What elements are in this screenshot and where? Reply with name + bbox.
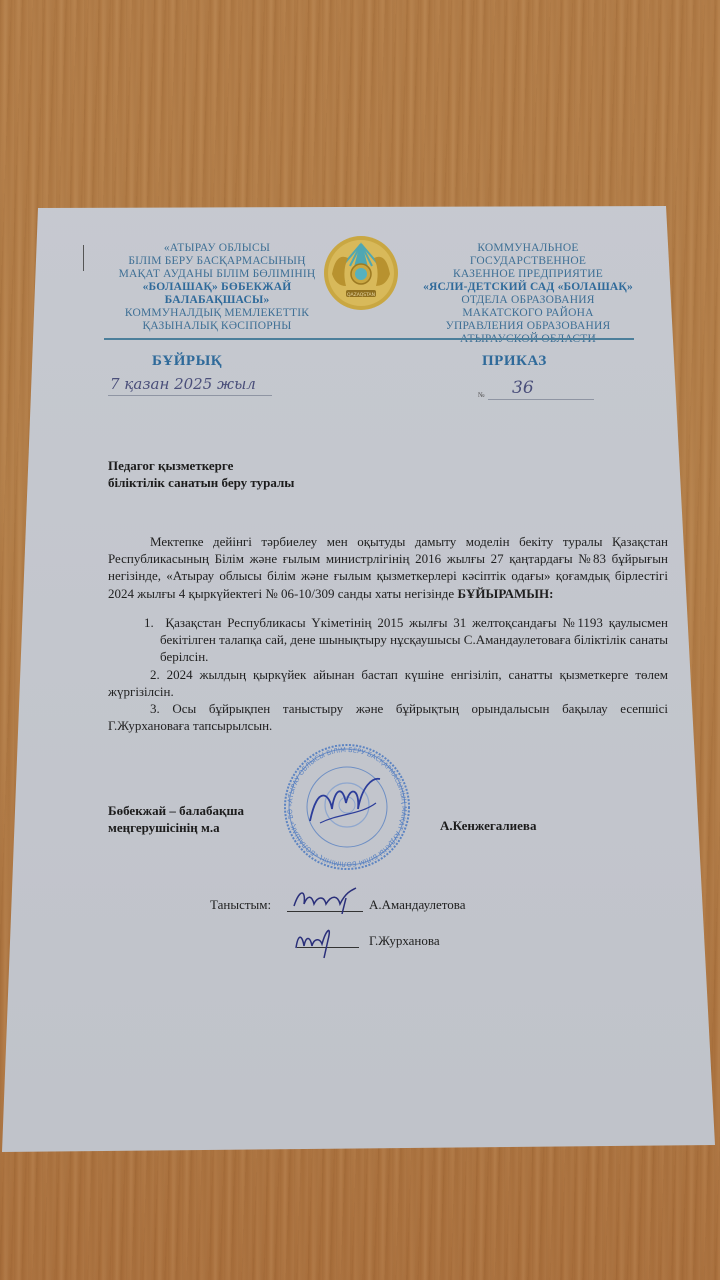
header-left-kz: «АТЫРАУ ОБЛЫСЫ БІЛІМ БЕРУ БАСҚАРМАСЫНЫҢ … [112, 242, 322, 333]
item-text: Қазақстан Республикасы Үкіметінің 2015 ж… [160, 615, 668, 664]
order-item-1: 1. Қазақстан Республикасы Үкіметінің 201… [108, 614, 668, 666]
item-text: 2024 жылдың қыркүйек айынан бастап күшін… [108, 667, 668, 699]
header-line: МАКАТСКОГО РАЙОНА [418, 307, 638, 320]
acknowledged-name: Г.Журханова [369, 933, 440, 949]
header-line: БІЛІМ БЕРУ БАСҚАРМАСЫНЫҢ [112, 255, 322, 268]
number-sign: № [478, 391, 485, 399]
number-underline [488, 399, 594, 400]
order-date-handwritten: 7 қазан 2025 жыл [110, 375, 256, 393]
subject-line: біліктілік санатын беру туралы [108, 474, 294, 491]
item-number: 2. [150, 667, 160, 682]
signatory-title-line: меңгерушісінің м.а [108, 819, 244, 836]
header-divider [104, 338, 634, 340]
header-line-bold: БАЛАБАҚШАСЫ» [165, 294, 270, 306]
order-item-2: 2. 2024 жылдың қыркүйек айынан бастап кү… [108, 666, 668, 700]
header-right-ru: КОММУНАЛЬНОЕ ГОСУДАРСТВЕННОЕ КАЗЕННОЕ ПР… [418, 242, 638, 346]
svg-text:QAZAQSTAN: QAZAQSTAN [347, 292, 375, 298]
item-number: 1. [144, 615, 154, 630]
header-line: «АТЫРАУ ОБЛЫСЫ [112, 242, 322, 255]
signatory-title-line: Бөбекжай – балабақша [108, 802, 244, 819]
preamble-text: Мектепке дейінгі тәрбиелеу мен оқытуды д… [108, 534, 668, 601]
header-line: УПРАВЛЕНИЯ ОБРАЗОВАНИЯ [418, 320, 638, 333]
preamble-paragraph: Мектепке дейінгі тәрбиелеу мен оқытуды д… [108, 533, 668, 602]
acknowledged-label: Таныстым: [210, 897, 271, 913]
subject-line: Педагог қызметкерге [108, 457, 294, 474]
date-underline [108, 395, 272, 396]
order-item-3: 3. Осы бұйрықпен таныстыру және бұйрықты… [108, 700, 668, 734]
signature-zhurkhanova-icon [292, 920, 342, 960]
header-line: КОММУНАЛДЫҚ МЕМЛЕКЕТТІК [112, 307, 322, 320]
state-emblem-icon: QAZAQSTAN [322, 234, 400, 312]
order-title-ru: ПРИКАЗ [482, 353, 547, 370]
signature-amandauletova-icon [290, 884, 360, 914]
header-line: КОММУНАЛЬНОЕ ГОСУДАРСТВЕННОЕ [418, 242, 638, 268]
header-line-bold: «ЯСЛИ-ДЕТСКИЙ САД «БОЛАШАҚ» [423, 281, 633, 293]
acknowledged-name: А.Амандаулетова [369, 897, 466, 913]
order-number-handwritten: 36 [512, 378, 534, 398]
header-line: КАЗЕННОЕ ПРЕДПРИЯТИЕ [418, 268, 638, 281]
header-line-bold: «БОЛАШАҚ» БӨБЕКЖАЙ [143, 281, 292, 293]
header-line: ОТДЕЛА ОБРАЗОВАНИЯ [418, 294, 638, 307]
official-stamp-icon: «АТЫРАУ ОБЛЫСЫ БІЛІМ БЕРУ БАСҚАРМАСЫНЫҢ … [280, 743, 414, 871]
header-line: МАҚАТ АУДАНЫ БІЛІМ БӨЛІМІНІҢ [112, 268, 322, 281]
item-text: Осы бұйрықпен таныстыру және бұйрықтың о… [108, 701, 668, 733]
signatory-title: Бөбекжай – балабақша меңгерушісінің м.а [108, 802, 244, 836]
margin-mark [83, 245, 84, 271]
order-directive: БҰЙЫРАМЫН: [457, 586, 553, 601]
signatory-name: А.Кенжегалиева [440, 818, 536, 834]
order-subject: Педагог қызметкерге біліктілік санатын б… [108, 457, 294, 491]
header-line: ҚАЗЫНАЛЫҚ КӘСІПОРНЫ [112, 320, 322, 333]
order-title-kz: БҰЙРЫҚ [152, 353, 222, 370]
item-number: 3. [150, 701, 160, 716]
